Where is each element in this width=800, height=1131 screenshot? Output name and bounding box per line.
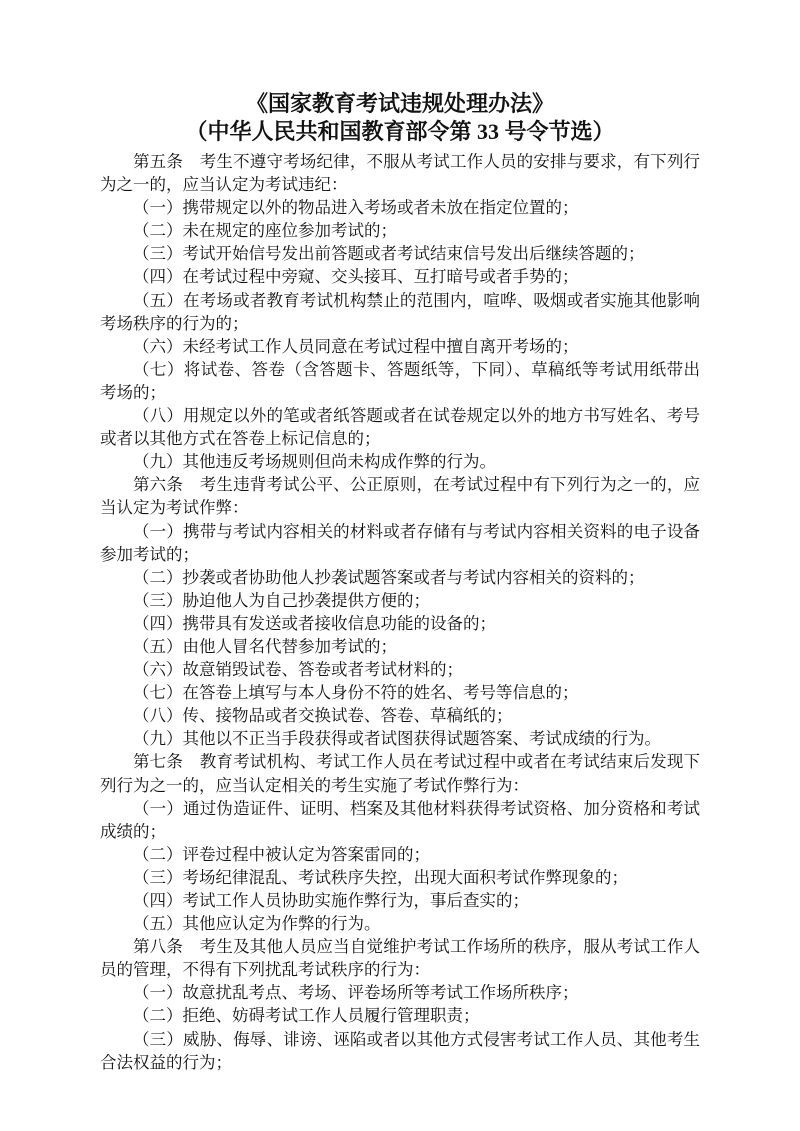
article-7-item-5: （五）其他应认定为作弊的行为。 [100,912,700,935]
article-5-item-8: （八）用规定以外的笔或者纸答题或者在试卷规定以外的地方书写姓名、考号或者以其他方… [100,404,700,450]
article-6-item-8: （八）传、接物品或者交换试卷、答卷、草稿纸的； [100,704,700,727]
article-6-item-2: （二）抄袭或者协助他人抄袭试题答案或者与考试内容相关的资料的； [100,566,700,589]
article-5-item-5: （五）在考场或者教育考试机构禁止的范围内，喧哗、吸烟或者实施其他影响考场秩序的行… [100,289,700,335]
article-7-intro: 第七条 教育考试机构、考试工作人员在考试过程中或者在考试结束后发现下列行为之一的… [100,750,700,796]
title-line-1: 《国家教育考试违规处理办法》 [100,90,700,118]
article-5-item-3: （三）考试开始信号发出前答题或者考试结束信号发出后继续答题的； [100,242,700,265]
article-8-item-3: （三）威胁、侮辱、诽谤、诬陷或者以其他方式侵害考试工作人员、其他考生合法权益的行… [100,1028,700,1074]
title-line-2: （中华人民共和国教育部令第 33 号令节选） [100,118,700,146]
article-6-item-6: （六）故意销毁试卷、答卷或者考试材料的； [100,658,700,681]
article-7-item-1: （一）通过伪造证件、证明、档案及其他材料获得考试资格、加分资格和考试成绩的； [100,797,700,843]
article-5-item-7: （七）将试卷、答卷（含答题卡、答题纸等，下同）、草稿纸等考试用纸带出考场的； [100,358,700,404]
document-page: 《国家教育考试违规处理办法》 （中华人民共和国教育部令第 33 号令节选） 第五… [100,0,700,1074]
article-5-item-9: （九）其他违反考场规则但尚未构成作弊的行为。 [100,450,700,473]
article-8-item-2: （二）拒绝、妨碍考试工作人员履行管理职责； [100,1004,700,1027]
article-6-item-7: （七）在答卷上填写与本人身份不符的姓名、考号等信息的； [100,681,700,704]
article-6-intro: 第六条 考生违背考试公平、公正原则，在考试过程中有下列行为之一的，应当认定为考试… [100,473,700,519]
article-7-item-4: （四）考试工作人员协助实施作弊行为，事后查实的； [100,889,700,912]
article-6-item-3: （三）胁迫他人为自己抄袭提供方便的； [100,589,700,612]
article-6-item-1: （一）携带与考试内容相关的材料或者存储有与考试内容相关资料的电子设备参加考试的； [100,520,700,566]
article-5-item-4: （四）在考试过程中旁窥、交头接耳、互打暗号或者手势的； [100,265,700,288]
article-6-item-5: （五）由他人冒名代替参加考试的； [100,635,700,658]
article-5-item-2: （二）未在规定的座位参加考试的； [100,219,700,242]
article-8-intro: 第八条 考生及其他人员应当自觉维护考试工作场所的秩序，服从考试工作人员的管理，不… [100,935,700,981]
article-5-item-1: （一）携带规定以外的物品进入考场或者未放在指定位置的； [100,196,700,219]
article-5-intro: 第五条 考生不遵守考场纪律，不服从考试工作人员的安排与要求，有下列行为之一的，应… [100,150,700,196]
article-7-item-3: （三）考场纪律混乱、考试秩序失控，出现大面积考试作弊现象的； [100,866,700,889]
article-5-item-6: （六）未经考试工作人员同意在考试过程中擅自离开考场的； [100,335,700,358]
document-title: 《国家教育考试违规处理办法》 （中华人民共和国教育部令第 33 号令节选） [100,90,700,146]
article-6-item-4: （四）携带具有发送或者接收信息功能的设备的； [100,612,700,635]
article-8-item-1: （一）故意扰乱考点、考场、评卷场所等考试工作场所秩序； [100,981,700,1004]
article-6-item-9: （九）其他以不正当手段获得或者试图获得试题答案、考试成绩的行为。 [100,727,700,750]
article-7-item-2: （二）评卷过程中被认定为答案雷同的； [100,843,700,866]
